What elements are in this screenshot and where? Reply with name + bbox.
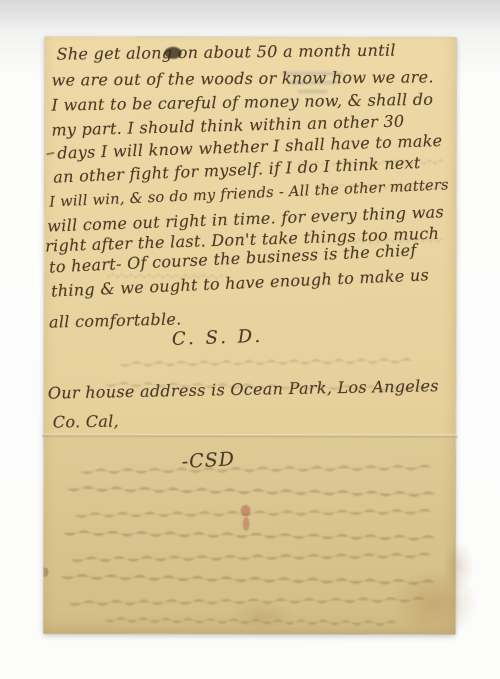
- address-line: Co. Cal,: [53, 412, 119, 432]
- signature: C. S. D.: [172, 326, 264, 350]
- showthrough-line: [63, 548, 433, 565]
- handwritten-line: all comfortable.: [49, 309, 182, 331]
- showthrough-line: [61, 592, 427, 609]
- showthrough-line: [114, 353, 414, 370]
- ink-blot-correction: [165, 47, 182, 59]
- edge-tear-mark: [43, 568, 48, 577]
- handwritten-line: She get along on about 50 a month until: [56, 41, 395, 64]
- letter-page: She get along on about 50 a month until …: [43, 37, 456, 635]
- red-ink-mark: [240, 505, 252, 531]
- stray-pen-mark: [46, 152, 54, 156]
- showthrough-line: [60, 481, 438, 500]
- stain: [436, 530, 480, 602]
- red-ink-speck: [241, 505, 251, 516]
- handwritten-line: I want to be careful of money now, & sha…: [51, 90, 433, 115]
- handwritten-line: we are out of the woods or know how we a…: [51, 67, 433, 89]
- showthrough-line: [98, 612, 398, 629]
- showthrough-line: [74, 460, 434, 477]
- scanned-letter-photo: She get along on about 50 a month until …: [0, 0, 500, 679]
- fold-crease: [42, 434, 458, 439]
- monogram-initials: -CSD: [181, 448, 235, 473]
- red-ink-speck: [243, 517, 250, 531]
- showthrough-line: [53, 569, 437, 588]
